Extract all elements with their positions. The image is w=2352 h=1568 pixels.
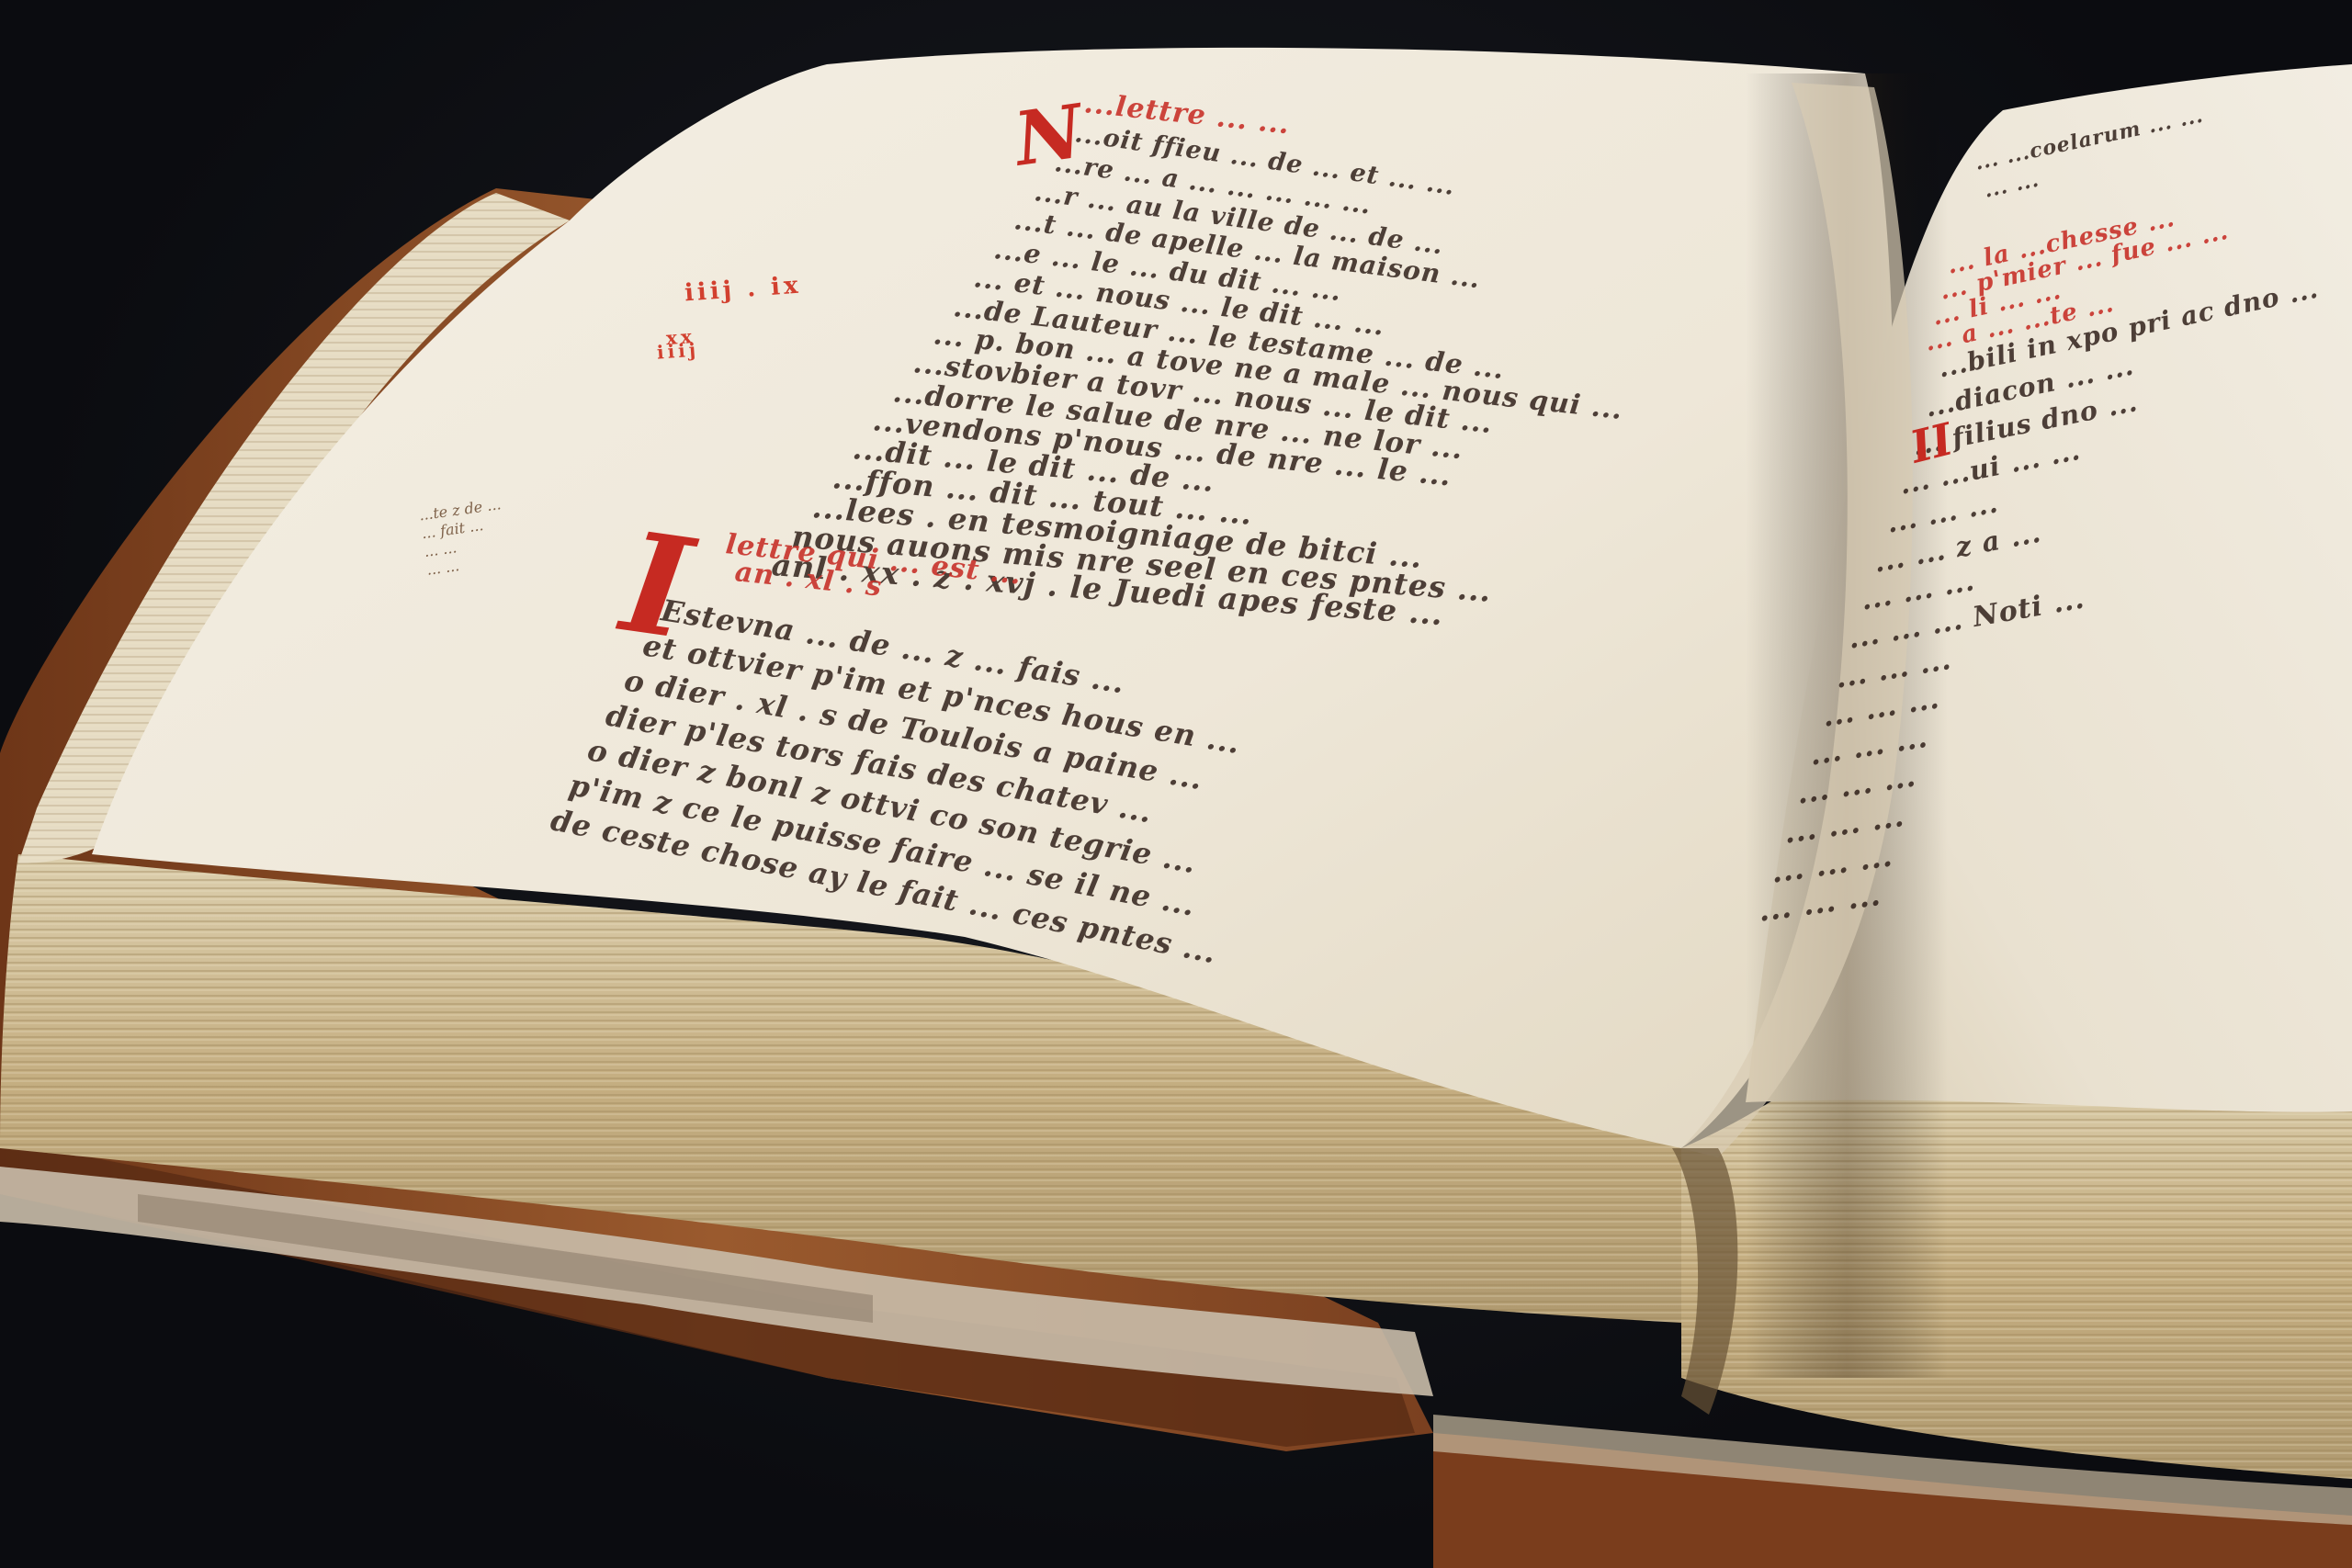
photo-scene: iiij . ix xx iiij N ...lettre ... ......… bbox=[0, 0, 2352, 1568]
manuscript-book-illustration bbox=[0, 0, 2352, 1568]
